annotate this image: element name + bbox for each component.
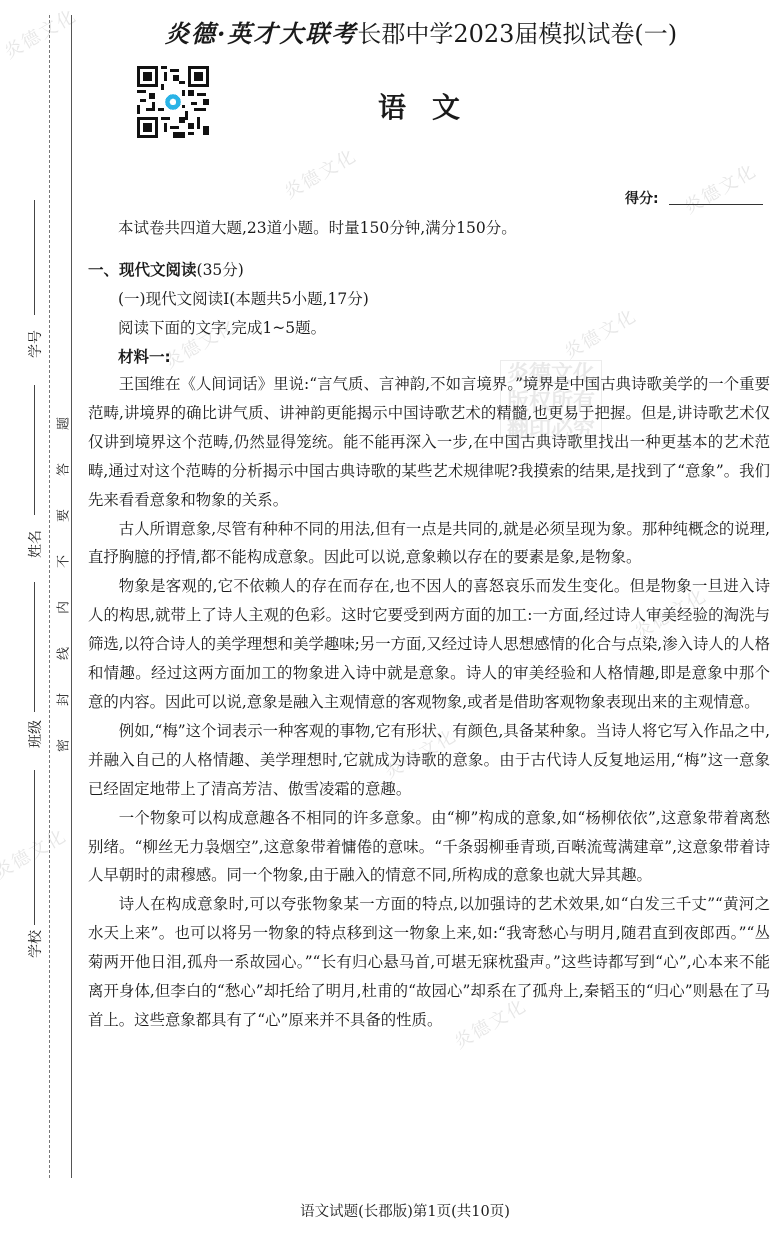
passage-paragraph: 王国维在《人间词话》里说:“言气质、言神韵,不如言境界。”境界是中国古典诗歌美学… <box>88 370 770 515</box>
section-title: 一、现代文阅读 <box>88 261 197 279</box>
exam-title: 炎德·英才大联考长郡中学2023届模拟试卷(一) <box>165 14 677 49</box>
seal-char: 内 <box>53 601 72 615</box>
watermark: 炎德文化 <box>0 2 81 65</box>
passage-paragraph: 诗人在构成意象时,可以夸张物象某一方面的特点,以加强诗的艺术效果,如“白发三千丈… <box>88 890 770 1035</box>
name-label: 姓名 <box>25 542 45 558</box>
section-points: (35分) <box>197 261 244 279</box>
section-heading: 一、现代文阅读(35分) <box>88 258 244 280</box>
watermark: 炎德文化 <box>279 142 361 205</box>
seal-char: 要 <box>53 509 72 523</box>
watermark: 炎德文化 <box>559 302 641 365</box>
passage-paragraph: 例如,“梅”这个词表示一种客观的事物,它有形状、有颜色,具备某种象。当诗人将它写… <box>88 717 770 804</box>
seal-char: 不 <box>53 555 72 569</box>
exam-instructions: 本试卷共四道大题,23道小题。时量150分钟,满分150分。 <box>118 216 517 238</box>
reading-instruction: 阅读下面的文字,完成1~5题。 <box>118 316 326 338</box>
page-footer: 语文试题(长郡版)第1页(共10页) <box>0 1200 780 1221</box>
material-label: 材料一: <box>118 345 171 367</box>
exam-name: 长郡中学2023届模拟试卷(一) <box>357 20 677 48</box>
seal-char: 密 <box>53 739 72 753</box>
student-id-line <box>34 200 35 315</box>
watermark: 炎德文化 <box>0 822 71 885</box>
subject-title: 语文 <box>378 86 486 126</box>
passage-paragraph: 一个物象可以构成意趣各不相同的许多意象。由“柳”构成的意象,如“杨柳依依”,这意… <box>88 804 770 891</box>
class-field[interactable] <box>34 770 35 925</box>
class-label: 班级 <box>25 732 45 748</box>
student-id-label: 学号 <box>25 342 45 358</box>
exam-brand: 炎德·英才大联考 <box>165 19 357 48</box>
subsection-heading: (一)现代文阅读Ⅰ(本题共5小题,17分) <box>118 287 369 309</box>
score-field[interactable] <box>669 204 763 205</box>
qr-code-icon[interactable] <box>137 66 209 138</box>
seal-char: 封 <box>53 693 72 707</box>
passage-paragraph: 古人所谓意象,尽管有种种不同的用法,但有一点是共同的,就是必须呈现为象。那种纯概… <box>88 515 770 573</box>
seal-char: 线 <box>53 647 72 661</box>
watermark: 炎德文化 <box>679 157 761 220</box>
margin-solid-line <box>71 15 72 1178</box>
name-field[interactable] <box>34 582 35 712</box>
score-label: 得分: <box>625 188 659 208</box>
school-label: 学校 <box>25 942 45 958</box>
seal-char: 题 <box>53 417 72 431</box>
seal-char: 答 <box>53 463 72 477</box>
passage-body: 王国维在《人间词话》里说:“言气质、言神韵,不如言境界。”境界是中国古典诗歌美学… <box>88 370 770 1035</box>
seal-dashed-line <box>49 15 50 1178</box>
passage-paragraph: 物象是客观的,它不依赖人的存在而存在,也不因人的喜怒哀乐而发生变化。但是物象一旦… <box>88 572 770 717</box>
student-id-field[interactable] <box>34 385 35 515</box>
